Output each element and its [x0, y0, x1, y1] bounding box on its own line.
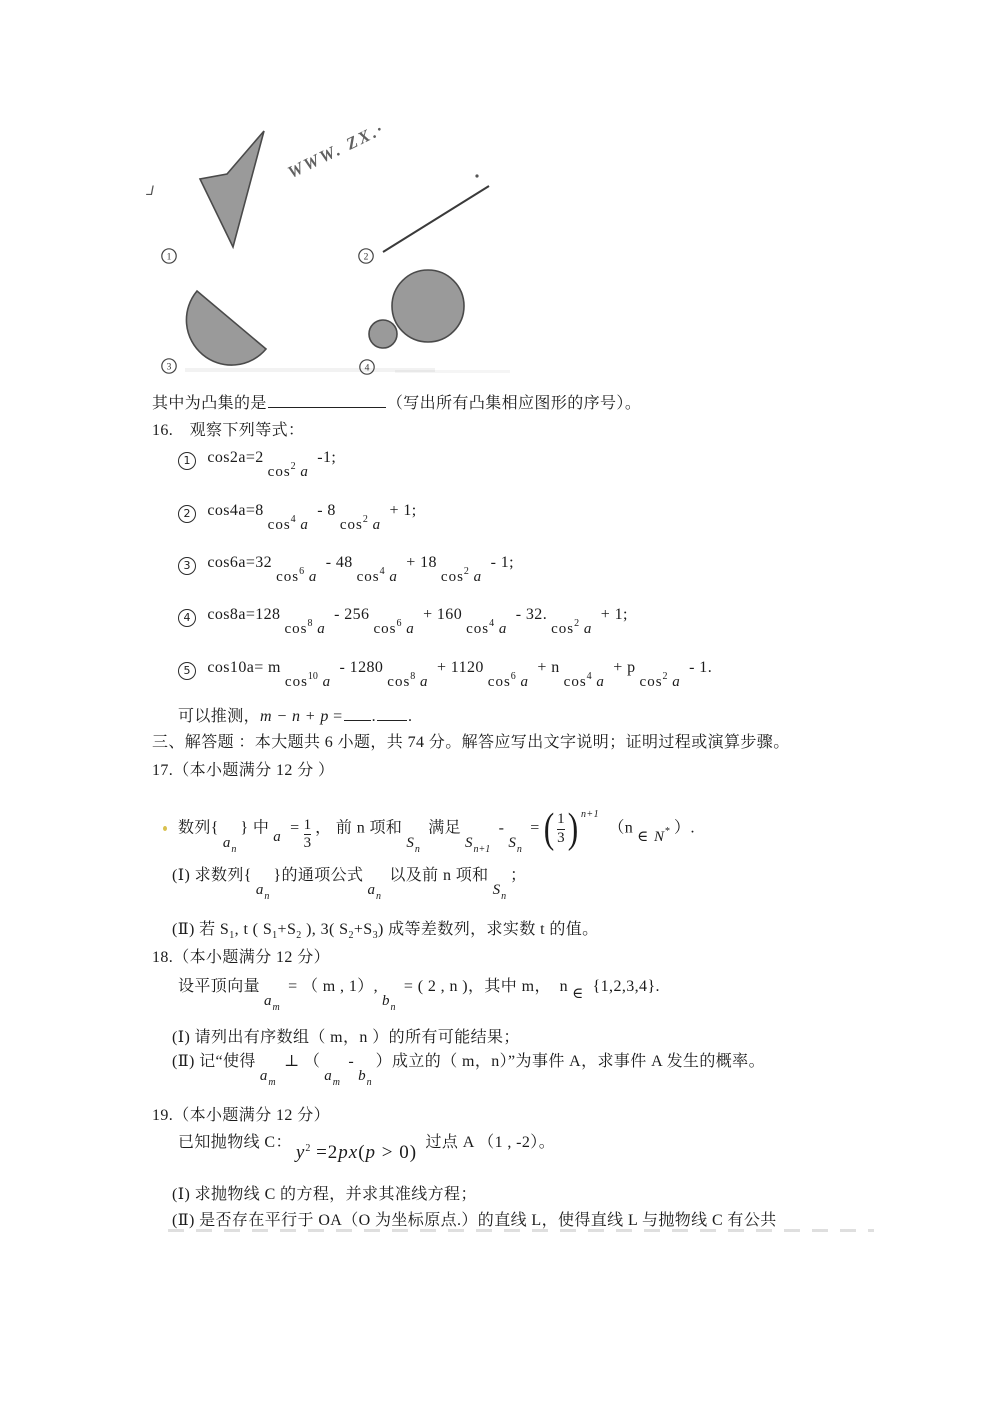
math-group: cos2 a: [441, 566, 482, 587]
text: +S: [278, 921, 297, 938]
text: ) 成等差数列，求实数 t 的值。: [378, 921, 599, 938]
q17-header: 17.（本小题满分 12 分 ）: [152, 761, 334, 781]
math-part: n: [517, 844, 522, 855]
math-part: a: [592, 674, 605, 690]
figure-label-2-number: 2: [364, 253, 369, 263]
q16-conjecture: 可以推测，m − n + p =..: [178, 705, 412, 727]
text: =: [526, 820, 540, 837]
math-part: a: [516, 674, 529, 690]
figure-line-dot: [475, 174, 478, 177]
text: + 1;: [385, 502, 416, 519]
text: （n: [600, 820, 633, 837]
math-group: cos4 a: [564, 671, 605, 692]
math-part: cos: [640, 674, 663, 690]
circled-number: 2: [178, 505, 196, 523]
math-group: bn: [382, 992, 396, 1015]
math-part: a: [296, 517, 309, 533]
text: - 48: [321, 554, 352, 571]
math-group: ∈ N*: [637, 826, 670, 847]
math-group: Sn: [508, 834, 522, 857]
math-part: a: [668, 674, 681, 690]
math-part: a: [469, 569, 482, 585]
math-part: *: [665, 826, 670, 837]
text: ）.: [674, 820, 695, 837]
math-part: cos: [441, 569, 464, 585]
math-group: am: [260, 1067, 276, 1090]
text: 19.（本小题满分 12 分）: [152, 1107, 330, 1124]
math-part: S: [465, 835, 474, 851]
q16-eq-5: 5 cos10a= mcos10 a - 1280cos8 a + 1120co…: [178, 657, 712, 680]
math-part: n: [415, 844, 420, 855]
math-part: S: [508, 835, 517, 851]
text: - 1280: [335, 659, 383, 676]
math-part: =2: [310, 1142, 338, 1163]
math-part: ∈: [637, 829, 649, 845]
text: + 1120: [433, 659, 484, 676]
math-group: ∈: [572, 985, 584, 1004]
math-part: cos: [284, 621, 307, 637]
circled-number: 4: [178, 609, 196, 627]
figure-label-1-number: 1: [167, 253, 172, 263]
exam-page: 1 2 3 4 WWW. ZX.· ⅃ 其中为凸集的是（写出所有凸集相应图形的序…: [0, 0, 1000, 1415]
text: -1;: [313, 449, 336, 466]
text: -: [494, 820, 504, 837]
fraction: 13: [304, 818, 312, 853]
math-part: n: [376, 891, 381, 902]
denominator: 3: [304, 836, 312, 852]
math-group: cos4 a: [268, 514, 309, 535]
circled-number: 1: [178, 452, 196, 470]
fraction: 13: [557, 812, 565, 847]
text: 满足: [424, 820, 461, 837]
text: - 1.: [685, 659, 712, 676]
text: 16. 观察下列等式：: [152, 422, 304, 439]
math-part: ∈: [572, 986, 584, 1002]
math-group: cos8 a: [387, 671, 428, 692]
text: 三、解答题 ：本大题共 6 小题，共 74 分。解答应写出文字说明；证明过程或演…: [152, 734, 790, 751]
text: (Ⅱ) 是否存在平行于 OA（O 为坐标原点.）的直线 L，使得直线 L 与抛物…: [172, 1212, 777, 1229]
math-group: Sn+1: [465, 834, 490, 857]
math-part: n: [367, 1077, 372, 1088]
math-part: b: [358, 1068, 367, 1084]
figure-label-3: 3: [162, 359, 176, 373]
scan-artifact-line: [168, 1229, 874, 1232]
text: + 160: [419, 606, 462, 623]
text: ）成立的（ m，n）”为事件 A，求事件 A 发生的概率。: [376, 1053, 765, 1070]
text: + p: [609, 659, 636, 676]
text: , t ( S: [235, 921, 272, 938]
scan-corner-mark: ⅃: [146, 183, 153, 199]
text: ), 3( S: [302, 921, 349, 938]
text: -: [344, 1053, 354, 1070]
math-group: an: [223, 834, 237, 857]
circled-number: 5: [178, 662, 196, 680]
text: cos8a=128: [203, 606, 280, 623]
q19-part-2: (Ⅱ) 是否存在平行于 OA（O 为坐标原点.）的直线 L，使得直线 L 与抛物…: [172, 1211, 777, 1231]
math-part: p: [366, 1142, 377, 1163]
math-part: 10: [308, 671, 318, 682]
figure-label-4: 4: [360, 360, 374, 374]
text: }的通项公式: [273, 867, 363, 884]
text: (Ⅱ) 记“使得: [172, 1053, 256, 1070]
math-part: > 0): [376, 1142, 417, 1163]
math-part: a: [494, 621, 507, 637]
left-paren: (: [544, 814, 555, 846]
text: 以及前 n 项和: [385, 867, 489, 884]
figure-label-4-number: 4: [365, 364, 370, 374]
math-part: a: [367, 882, 376, 898]
math-group: cos2 a: [640, 671, 681, 692]
q18-given: 设平顶向量am = （ m , 1）,bn = ( 2 , n )，其中 m， …: [178, 977, 660, 1001]
math-part: cos: [466, 621, 489, 637]
math-part: n: [501, 891, 506, 902]
math-part: S: [406, 835, 415, 851]
math-part: N: [649, 829, 665, 845]
figure-label-2: 2: [359, 249, 373, 263]
math-group: an: [367, 881, 381, 904]
text: +S: [354, 921, 373, 938]
math-part: a: [312, 621, 325, 637]
text: + n: [533, 659, 560, 676]
q16-header: 16. 观察下列等式：: [152, 421, 304, 441]
figure-label-3-number: 3: [167, 363, 172, 373]
q18-header: 18.（本小题满分 12 分）: [152, 948, 330, 968]
text: .: [408, 708, 412, 725]
math-part: m: [268, 1077, 275, 1088]
text: - 256: [330, 606, 370, 623]
denominator: 3: [557, 831, 565, 847]
text: cos2a=2: [203, 449, 264, 466]
text: + 1;: [596, 606, 627, 623]
q18-part-1: (Ⅰ) 请列出有序数组（ m，n ）的所有可能结果；: [172, 1028, 520, 1048]
text: 可以推测，: [178, 708, 260, 725]
math-group: Sn: [406, 834, 420, 857]
math-part: a: [273, 829, 282, 845]
math-part: n: [264, 891, 269, 902]
text: 已知抛物线 C：: [178, 1134, 292, 1151]
math-part: a: [304, 569, 317, 585]
math-group: cos2 a: [268, 461, 309, 482]
section-3-header: 三、解答题 ：本大题共 6 小题，共 74 分。解答应写出文字说明；证明过程或演…: [152, 733, 790, 753]
answer-blank: [377, 705, 407, 721]
math-group: cos4 a: [357, 566, 398, 587]
math-part: n: [231, 844, 236, 855]
answer-blank: [268, 392, 386, 408]
math-text: m − n + p: [260, 708, 329, 725]
math-group: cos6 a: [276, 566, 317, 587]
text: =: [329, 708, 343, 725]
q17-given: 数列{an} 中a =13， 前 n 项和Sn 满足Sn+1 -Sn =(13)…: [163, 803, 695, 846]
text: =: [286, 820, 300, 837]
math-group: am: [324, 1067, 340, 1090]
math-part: cos: [564, 674, 587, 690]
math-part: cos: [551, 621, 574, 637]
text: cos4a=8: [203, 502, 264, 519]
math-part: a: [296, 464, 309, 480]
math-group: cos10 a: [285, 671, 331, 692]
text: = ( 2 , n )，其中 m， n: [400, 978, 569, 995]
paren-fraction: (13)n+1: [542, 812, 598, 847]
text: (Ⅰ) 求抛物线 C 的方程，并求其准线方程；: [172, 1186, 477, 1203]
math-part: a: [318, 674, 331, 690]
math-group: a: [273, 828, 282, 847]
math-part: cos: [268, 517, 291, 533]
math-group: cos6 a: [488, 671, 529, 692]
text: cos10a= m: [203, 659, 281, 676]
math-group: an: [256, 881, 270, 904]
math-group: Sn: [493, 881, 507, 904]
text: 17.（本小题满分 12 分 ）: [152, 762, 334, 779]
math-group: am: [264, 992, 280, 1015]
math-part: b: [382, 993, 391, 1009]
text: (Ⅱ) 若 S: [172, 921, 229, 938]
circled-number: 3: [178, 557, 196, 575]
figure-semicircle-shape: [186, 291, 266, 365]
math-group: cos6 a: [373, 618, 414, 639]
q17-part-1: (Ⅰ) 求数列{an}的通项公式an 以及前 n 项和Sn；: [172, 866, 526, 890]
text: （写出所有凸集相应图形的序号）。: [387, 395, 641, 412]
math-part: n+1: [474, 844, 491, 855]
math-part: a: [401, 621, 414, 637]
math-part: cos: [340, 517, 363, 533]
convex-set-answer-line: 其中为凸集的是（写出所有凸集相应图形的序号）。: [152, 392, 641, 414]
text: 18.（本小题满分 12 分）: [152, 949, 330, 966]
text: 其中为凸集的是: [152, 395, 267, 412]
math-part: S: [493, 882, 502, 898]
math-part: a: [368, 517, 381, 533]
text: 设平顶向量: [178, 978, 260, 995]
math-part: (: [358, 1142, 365, 1163]
math-part: a: [579, 621, 592, 637]
figure-dart-shape: [200, 131, 264, 247]
numerator: 1: [304, 818, 312, 834]
q19-part-1: (Ⅰ) 求抛物线 C 的方程，并求其准线方程；: [172, 1185, 477, 1205]
math-group: cos4 a: [466, 618, 507, 639]
text: .: [372, 708, 376, 725]
math-part: cos: [276, 569, 299, 585]
text: cos6a=32: [203, 554, 272, 571]
q19-header: 19.（本小题满分 12 分）: [152, 1106, 330, 1126]
math-part: cos: [357, 569, 380, 585]
text: (Ⅰ) 请列出有序数组（ m，n ）的所有可能结果；: [172, 1029, 520, 1046]
q16-eq-4: 4 cos8a=128cos8 a - 256cos6 a + 160cos4 …: [178, 604, 628, 627]
exponent: n+1: [581, 809, 599, 822]
math-part: px: [338, 1142, 358, 1163]
q16-eq-1: 1 cos2a=2cos2 a -1;: [178, 447, 336, 470]
math-part: cos: [488, 674, 511, 690]
q18-part-2: (Ⅱ) 记“使得am ⊥ （am -bn）成立的（ m，n）”为事件 A，求事件…: [172, 1052, 765, 1076]
figure-label-1: 1: [162, 249, 176, 263]
math-part: n: [391, 1002, 396, 1013]
math-group: cos8 a: [284, 618, 325, 639]
math-part: cos: [387, 674, 410, 690]
text: - 32.: [511, 606, 547, 623]
math-part: m: [333, 1077, 340, 1088]
figure-small-circle: [369, 320, 397, 348]
text: {1,2,3,4}.: [588, 978, 660, 995]
numerator: 1: [557, 812, 565, 828]
math-group: bn: [358, 1067, 372, 1090]
q19-given: 已知抛物线 C：y2 =2px(p > 0) 过点 A （1 , -2）。: [178, 1130, 555, 1154]
math-part: m: [273, 1002, 280, 1013]
text: - 1;: [486, 554, 514, 571]
math-part: a: [264, 993, 273, 1009]
math-part: cos: [373, 621, 396, 637]
text: ⊥ （: [280, 1053, 321, 1070]
math-part: cos: [268, 464, 291, 480]
math-part: a: [324, 1068, 333, 1084]
text: ， 前 n 项和: [315, 820, 402, 837]
text: + 18: [402, 554, 437, 571]
text: ；: [510, 867, 526, 884]
math-group: y2 =2px(p > 0): [296, 1141, 417, 1165]
right-paren: ): [567, 814, 578, 846]
text: - 8: [313, 502, 336, 519]
text: = （ m , 1）,: [284, 978, 378, 995]
answer-blank: [344, 705, 371, 721]
text: 过点 A （1 , -2）。: [421, 1134, 555, 1151]
text: (Ⅰ) 求数列{: [172, 867, 252, 884]
math-part: y: [296, 1142, 305, 1163]
figure-line-segment: [383, 186, 489, 252]
text: 数列{: [178, 820, 219, 837]
math-part: a: [415, 674, 428, 690]
math-part: a: [385, 569, 398, 585]
math-group: cos2 a: [340, 514, 381, 535]
math-group: cos2 a: [551, 618, 592, 639]
figure-large-circle: [392, 270, 464, 342]
q17-part-2: (Ⅱ) 若 S1, t ( S1+S2 ), 3( S2+S3) 成等差数列，求…: [172, 920, 599, 943]
q16-eq-3: 3 cos6a=32cos6 a - 48cos4 a + 18cos2 a -…: [178, 552, 514, 575]
scan-artifact: [395, 370, 510, 373]
stray-ink-dot: [163, 826, 167, 831]
text: } 中: [240, 820, 269, 837]
math-part: cos: [285, 674, 308, 690]
q16-eq-2: 2 cos4a=8cos4 a - 8cos2 a + 1;: [178, 500, 417, 523]
